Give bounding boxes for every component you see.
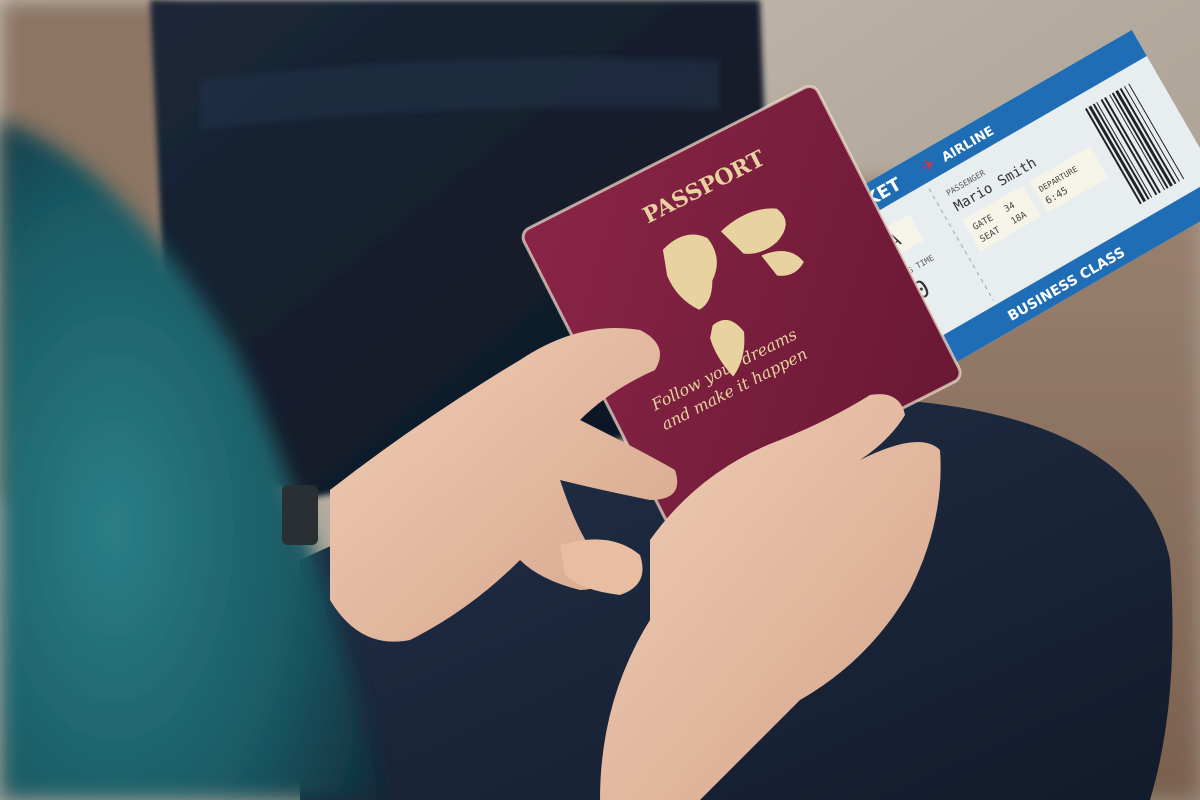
wristwatch — [282, 485, 318, 545]
photo-scene: TICKET ✈ AIRLINE 18A BOARDING TIME :30 P… — [0, 0, 1200, 800]
photo-illustration: TICKET ✈ AIRLINE 18A BOARDING TIME :30 P… — [0, 0, 1200, 800]
